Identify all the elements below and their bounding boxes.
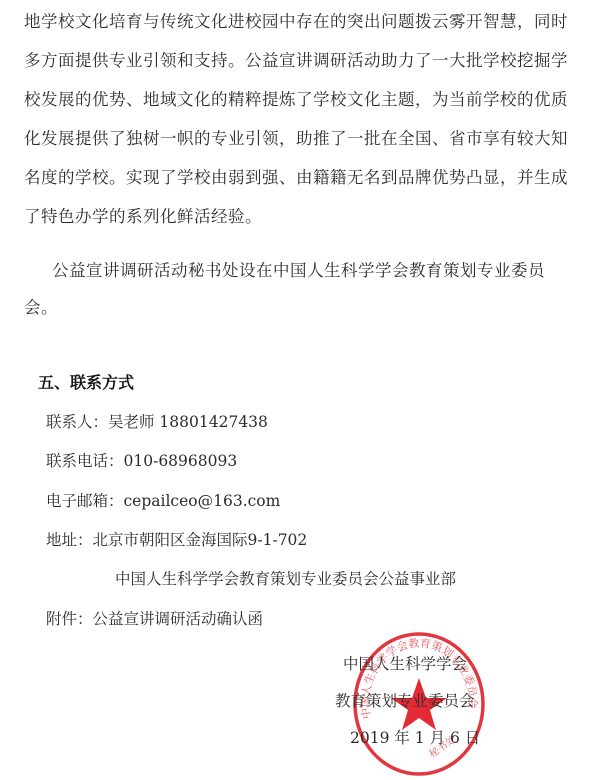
paragraph-line: 名度的学校。实现了学校由弱到强、由籍籍无名到品牌优势凸显，并生成 (24, 164, 568, 188)
contact-address: 地址：北京市朝阳区金海国际9-1-702 (46, 528, 307, 550)
document-page: 地学校文化培育与传统文化进校园中存在的突出问题拨云雾开智慧，同时 多方面提供专业… (0, 0, 602, 780)
signature-date: 2019 年 1 月 6 日 (350, 726, 480, 748)
section-heading-contact: 五、联系方式 (38, 370, 134, 393)
paragraph-line: 化发展提供了独树一帜的专业引领，助推了一批在全国、省市享有较大知 (24, 125, 568, 149)
paragraph-line: 地学校文化培育与传统文化进校园中存在的突出问题拨云雾开智慧，同时 (24, 8, 568, 32)
secretariat-line: 会。 (24, 294, 58, 318)
paragraph-line: 校发展的优势、地域文化的精粹提炼了学校文化主题，为当前学校的优质 (24, 86, 568, 110)
paragraph-line: 了特色办学的系列化鲜活经验。 (24, 203, 262, 227)
paragraph-line: 多方面提供专业引领和支持。公益宣讲调研活动助力了一大批学校挖掘学 (24, 47, 568, 71)
contact-phone: 联系电话：010-68968093 (46, 449, 237, 471)
contact-email: 电子邮箱：cepailceo@163.com (46, 489, 280, 511)
attachment-line: 附件：公益宣讲调研活动确认函 (46, 607, 263, 629)
signature-org-line2: 教育策划专业委员会 (335, 689, 475, 711)
department-name: 中国人生科学学会教育策划专业委员会公益事业部 (115, 567, 456, 589)
signature-org-line1: 中国人生科学学会 (343, 652, 467, 674)
secretariat-line: 公益宣讲调研活动秘书处设在中国人生科学学会教育策划专业委员 (52, 257, 545, 281)
contact-person: 联系人：吴老师 18801427438 (46, 410, 268, 432)
